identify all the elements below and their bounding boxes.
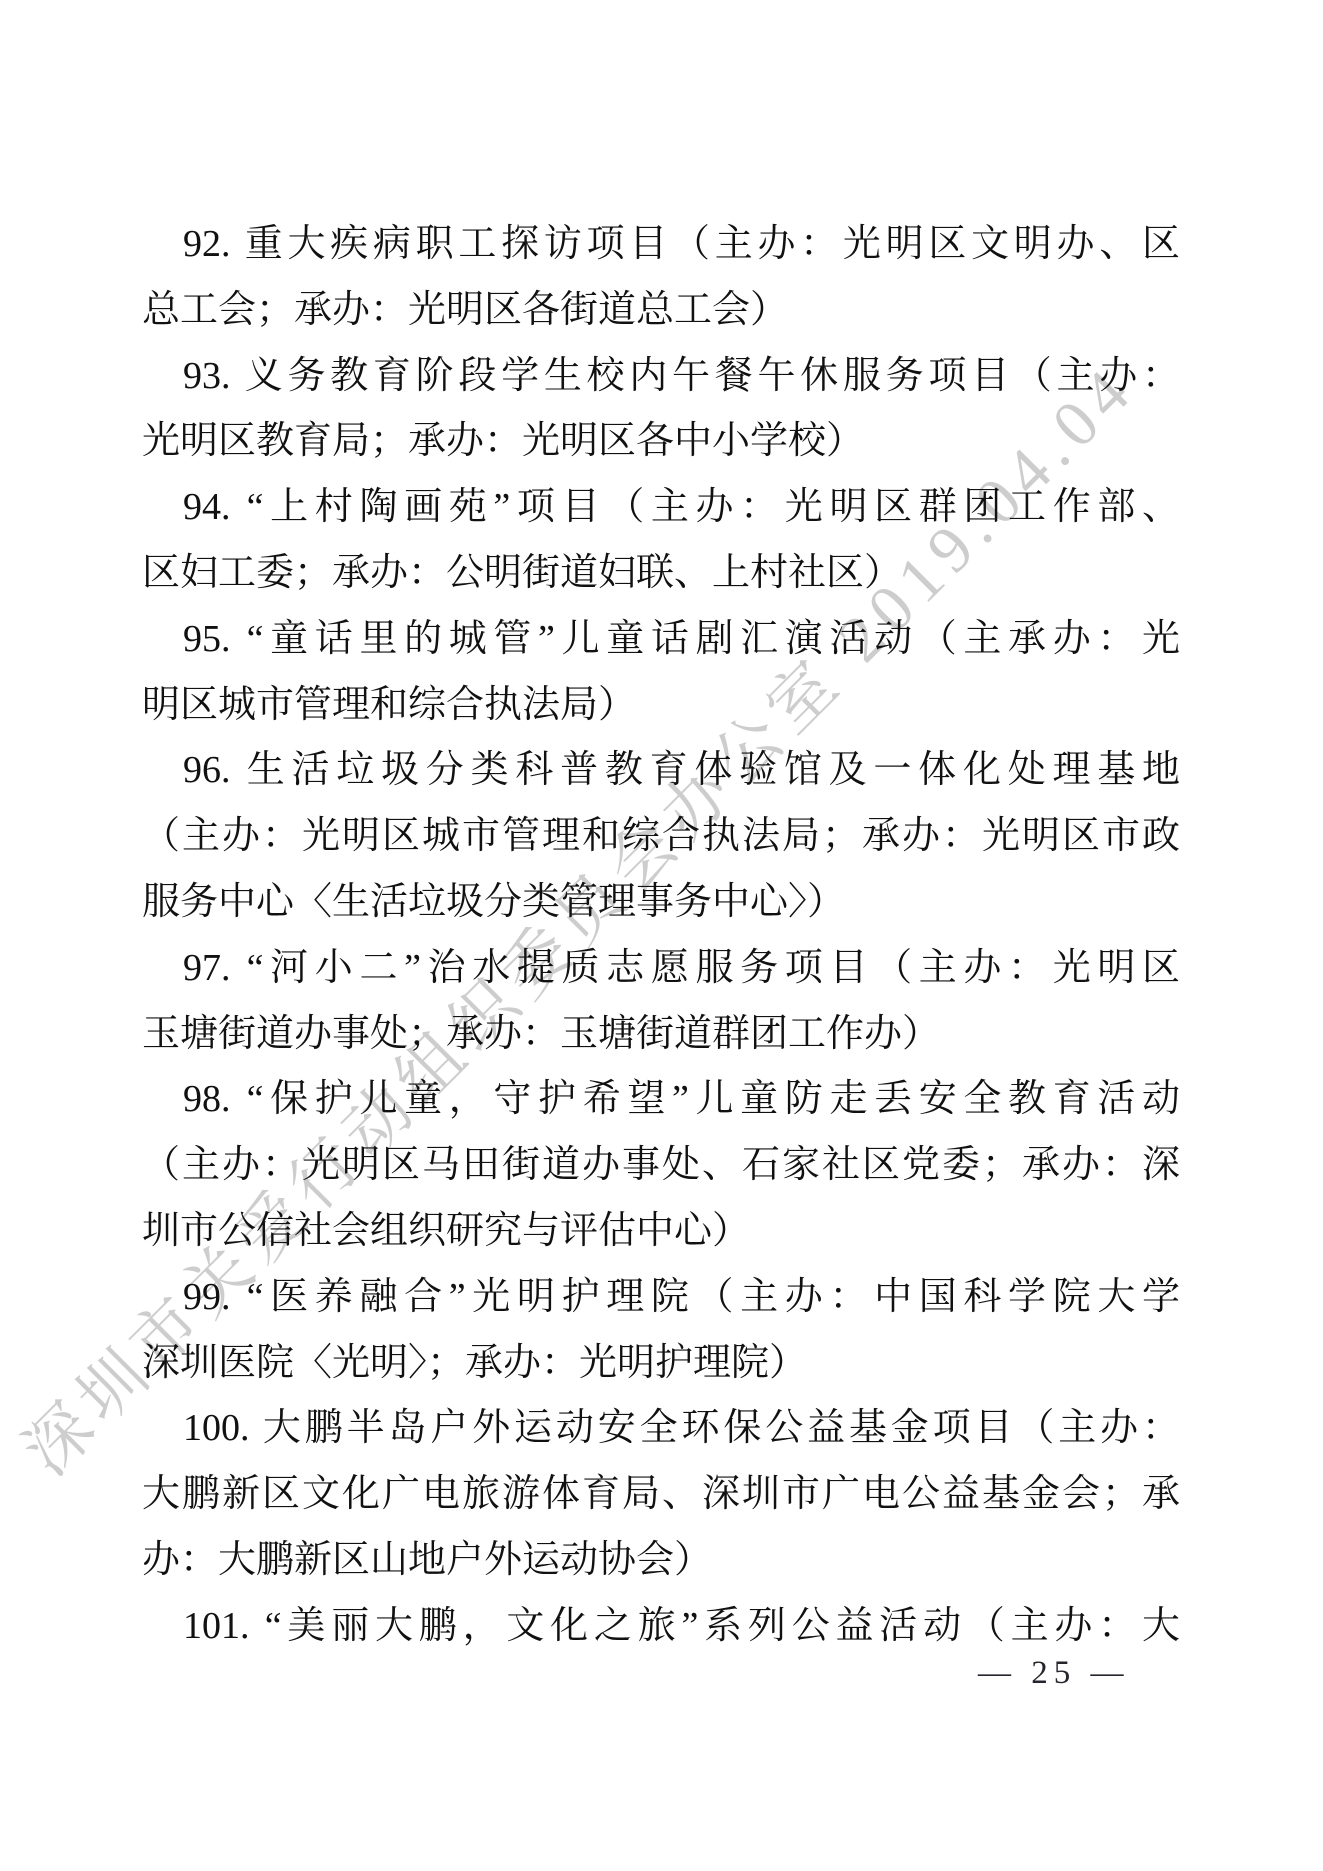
doc-line: 区妇工委；承办：公明街道妇联、上村社区） — [142, 541, 1180, 607]
document-page: 深圳市关爱行动组织委员会办公室 2019.04.04 92. 重大疾病职工探访项… — [0, 0, 1323, 1871]
doc-line: 圳市公信社会组织研究与评估中心） — [142, 1199, 1180, 1265]
doc-line: 大鹏新区文化广电旅游体育局、深圳市广电公益基金会；承 — [142, 1462, 1180, 1528]
doc-line: 玉塘街道办事处；承办：玉塘街道群团工作办） — [142, 1002, 1180, 1068]
document-body: 92. 重大疾病职工探访项目（主办：光明区文明办、区 总工会；承办：光明区各街道… — [142, 212, 1180, 1660]
doc-line: 办：大鹏新区山地户外运动协会） — [142, 1528, 1180, 1594]
page-number: — 25 — — [978, 1655, 1130, 1692]
doc-line: 光明区教育局；承办：光明区各中小学校） — [142, 409, 1180, 475]
doc-line: 服务中心〈生活垃圾分类管理事务中心〉） — [142, 870, 1180, 936]
doc-line: 101. “美丽大鹏，文化之旅”系列公益活动（主办：大 — [142, 1594, 1180, 1660]
doc-line: 深圳医院〈光明〉；承办：光明护理院） — [142, 1331, 1180, 1397]
doc-line: 93. 义务教育阶段学生校内午餐午休服务项目（主办： — [142, 344, 1180, 410]
doc-line: 100. 大鹏半岛户外运动安全环保公益基金项目（主办： — [142, 1396, 1180, 1462]
doc-line: 明区城市管理和综合执法局） — [142, 673, 1180, 739]
doc-line: 95. “童话里的城管”儿童话剧汇演活动（主承办：光 — [142, 607, 1180, 673]
doc-line: （主办：光明区马田街道办事处、石家社区党委；承办：深 — [142, 1133, 1180, 1199]
doc-line: 98. “保护儿童，守护希望”儿童防走丢安全教育活动 — [142, 1067, 1180, 1133]
doc-line: 94. “上村陶画苑”项目（主办：光明区群团工作部、 — [142, 475, 1180, 541]
doc-line: 97. “河小二”治水提质志愿服务项目（主办：光明区 — [142, 936, 1180, 1002]
doc-line: 96. 生活垃圾分类科普教育体验馆及一体化处理基地 — [142, 738, 1180, 804]
doc-line: （主办：光明区城市管理和综合执法局；承办：光明区市政 — [142, 804, 1180, 870]
doc-line: 99. “医养融合”光明护理院（主办：中国科学院大学 — [142, 1265, 1180, 1331]
doc-line: 92. 重大疾病职工探访项目（主办：光明区文明办、区 — [142, 212, 1180, 278]
doc-line: 总工会；承办：光明区各街道总工会） — [142, 278, 1180, 344]
